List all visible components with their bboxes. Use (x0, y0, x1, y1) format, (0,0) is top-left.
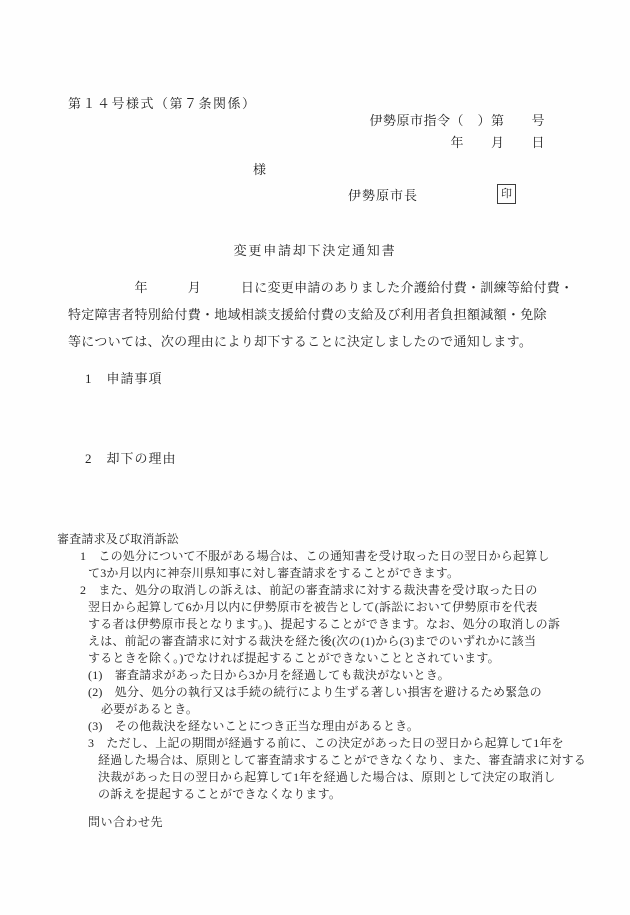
body-paragraph: 年 月 日に変更申請のありました介護給付費・訓練等給付費・ 特定障害者特別給付費… (68, 274, 558, 355)
body-line: 年 月 日に変更申請のありました介護給付費・訓練等給付費・ (68, 274, 558, 301)
body-line: 特定障害者特別給付費・地域相談支援給付費の支給及び利用者負担額減額・免除 (68, 301, 558, 328)
appeal-subitem-line: (2) 処分、処分の執行又は手続の続行により生ずる著しい損害を避けるため緊急の (57, 684, 577, 701)
contact-heading: 問い合わせ先 (88, 813, 163, 830)
issue-date-blank: 年 月 日 (450, 132, 545, 151)
directive-number-line: 伊勢原市指令（ ）第 号 (369, 110, 545, 129)
addressee-honorific: 様 (253, 159, 266, 178)
appeal-subitem-line: 必要があるとき。 (57, 701, 577, 718)
appeal-notice-block: 審査請求及び取消訴訟 1 この処分について不服がある場合は、この通知書を受け取っ… (57, 531, 577, 803)
appeal-line: 2 また、処分の取消しの訴えは、前記の審査請求に対する裁決書を受け取った日の (57, 582, 577, 599)
document-title: 変更申請却下決定通知書 (0, 240, 630, 259)
section-rejection-reason-heading: 2 却下の理由 (85, 448, 177, 467)
appeal-line: 3 ただし、上記の期間が経過する前に、この決定があった日の翌日から起算して1年を (57, 735, 577, 752)
appeal-line: するときを除く。)でなければ提起することができないこととされています。 (57, 650, 577, 667)
section-application-items-heading: 1 申請事項 (85, 368, 163, 387)
appeal-line: する者は伊勢原市長となります。)、提起することができます。なお、処分の取消しの訴 (57, 616, 577, 633)
appeal-subitem-line: (1) 審査請求があった日から3か月を経過しても裁決がないとき。 (57, 667, 577, 684)
appeal-subitem-line: (3) その他裁決を経ないことにつき正当な理由があるとき。 (57, 718, 577, 735)
appeal-line: 翌日から起算して6か月以内に伊勢原市を被告として(訴訟において伊勢原市を代表 (57, 599, 577, 616)
seal-mark-icon: 印 (497, 184, 516, 204)
body-line: 等については、次の理由により却下することに決定しましたので通知します。 (68, 328, 558, 355)
appeal-line: の訴えを提起することができなくなります。 (57, 786, 577, 803)
notice-document-page: 第１４号様式（第７条関係） 伊勢原市指令（ ）第 号 年 月 日 様 伊勢原市長… (0, 0, 630, 915)
appeal-line: 決裁があった日の翌日から起算して1年を経過した場合は、原則として決定の取消し (57, 769, 577, 786)
appeal-line: て3か月以内に神奈川県知事に対し審査請求をすることができます。 (57, 565, 577, 582)
sender-title: 伊勢原市長 (348, 185, 418, 204)
form-number: 第１４号様式（第７条関係） (68, 93, 257, 112)
appeal-line: 1 この処分について不服がある場合は、この通知書を受け取った日の翌日から起算し (57, 548, 577, 565)
appeal-line: 経過した場合は、原則として審査請求することができなくなり、また、審査請求に対する (57, 752, 577, 769)
appeal-line: えは、前記の審査請求に対する裁決を経た後(次の(1)から(3)までのいずれかに該… (57, 633, 577, 650)
appeal-heading: 審査請求及び取消訴訟 (57, 531, 577, 548)
